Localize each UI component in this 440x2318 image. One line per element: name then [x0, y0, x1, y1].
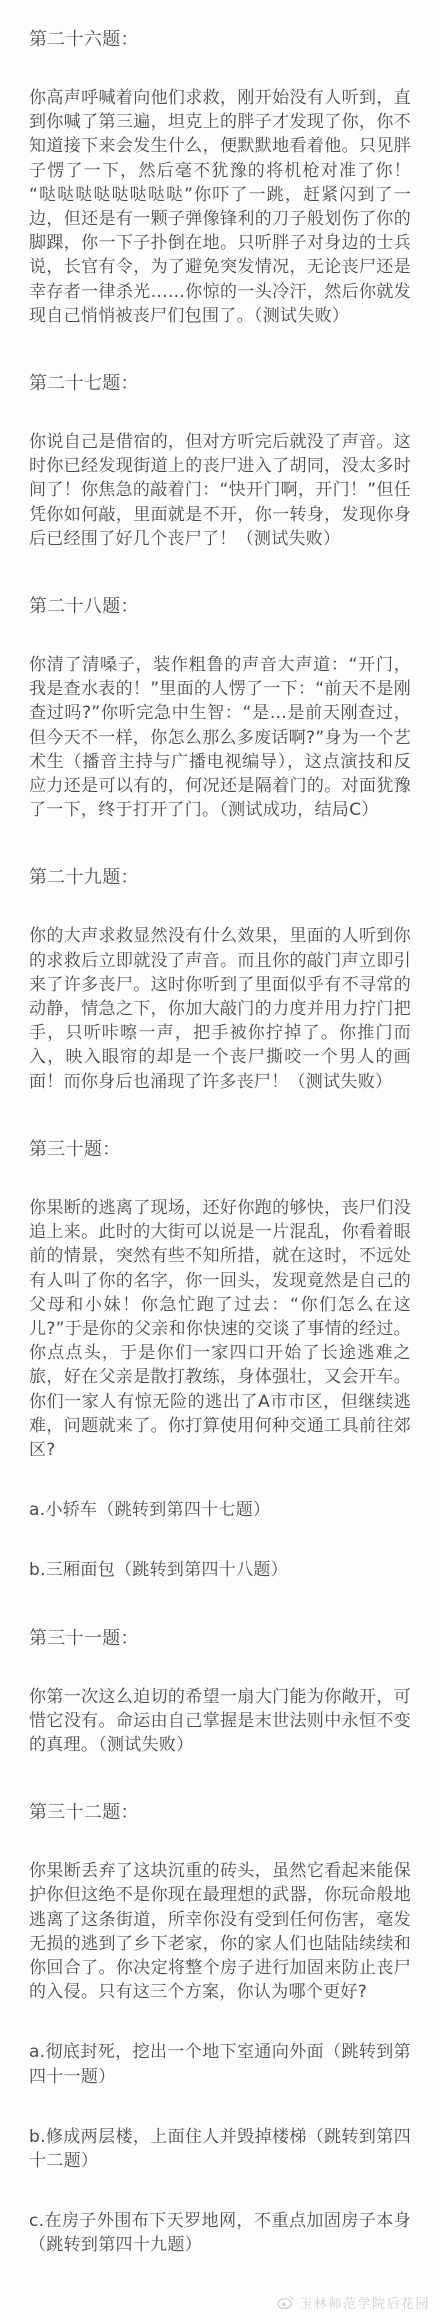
answer-option: b.修成两层楼，上面住人并毁掉楼梯（跳转到第四十二题）: [29, 2125, 411, 2173]
question-title: 第二十八题：: [29, 595, 411, 619]
question-body: 你果断丢弃了这块沉重的砖头，虽然它看起来能保护你但这绝不是你现在最理想的武器，你…: [29, 1859, 411, 2004]
question-title: 第二十九题：: [29, 866, 411, 890]
question-section: 第二十八题： 你清了清嗓子，装作粗鲁的声音大声道：“开门，我是查水表的！”里面的…: [29, 595, 411, 822]
answer-option: b.三厢面包（跳转到第四十八题）: [29, 1558, 411, 1582]
question-body: 你的大声求救显然没有什么效果，里面的人听到你的求救后立即就没了声音。而且你的敲门…: [29, 924, 411, 1093]
question-list: 第二十六题： 你高声呼喊着向他们求救，刚开始没有人听到，直到你喊了第三遍，坦克上…: [29, 28, 411, 2258]
question-body: 你说自己是借宿的，但对方听完后就没了声音。这时你已经发现街道上的丧尸进入了胡同，…: [29, 430, 411, 551]
question-body: 你第一次这么迫切的希望一扇大门能为你敞开，可惜它没有。命运由自己掌握是末世法则中…: [29, 1685, 411, 1758]
question-title: 第三十题：: [29, 1138, 411, 1162]
answer-option: a.彻底封死，挖出一个地下室通向外面（跳转到第四十一题）: [29, 2040, 411, 2088]
question-body: 你高声呼喊着向他们求救，刚开始没有人听到，直到你喊了第三遍，坦克上的胖子才发现了…: [29, 86, 411, 328]
question-body: 你清了清嗓子，装作粗鲁的声音大声道：“开门，我是查水表的！”里面的人愣了一下：“…: [29, 653, 411, 822]
question-body: 你果断的逃离了现场，还好你跑的够快，丧尸们没追上来。此时的大街可以说是一片混乱，…: [29, 1196, 411, 1462]
question-section: 第三十题： 你果断的逃离了现场，还好你跑的够快，丧尸们没追上来。此时的大街可以说…: [29, 1138, 411, 1583]
question-title: 第二十六题：: [29, 28, 411, 52]
question-title: 第二十七题：: [29, 372, 411, 396]
answer-option: a.小轿车（跳转到第四十七题）: [29, 1498, 411, 1522]
question-title: 第三十一题：: [29, 1627, 411, 1651]
answer-option: c.在房子外围布下天罗地网，不重点加固房子本身（跳转到第四十九题）: [29, 2209, 411, 2257]
question-section: 第三十一题： 你第一次这么迫切的希望一扇大门能为你敞开，可惜它没有。命运由自己掌…: [29, 1627, 411, 1758]
answer-options: a.彻底封死，挖出一个地下室通向外面（跳转到第四十一题）b.修成两层楼，上面住人…: [29, 2040, 411, 2257]
question-section: 第二十九题： 你的大声求救显然没有什么效果，里面的人听到你的求救后立即就没了声音…: [29, 866, 411, 1093]
question-section: 第二十七题： 你说自己是借宿的，但对方听完后就没了声音。这时你已经发现街道上的丧…: [29, 372, 411, 551]
question-section: 第二十六题： 你高声呼喊着向他们求救，刚开始没有人听到，直到你喊了第三遍，坦克上…: [29, 28, 411, 328]
watermark: 玉林师范学院后花园: [277, 2293, 430, 2312]
answer-options: a.小轿车（跳转到第四十七题）b.三厢面包（跳转到第四十八题）: [29, 1498, 411, 1582]
document-page: 第二十六题： 你高声呼喊着向他们求救，刚开始没有人听到，直到你喊了第三遍，坦克上…: [0, 0, 440, 2318]
watermark-text: 玉林师范学院后花园: [299, 2293, 430, 2312]
question-section: 第三十二题： 你果断丢弃了这块沉重的砖头，虽然它看起来能保护你但这绝不是你现在最…: [29, 1801, 411, 2257]
question-title: 第三十二题：: [29, 1801, 411, 1825]
weibo-logo-icon: [277, 2295, 294, 2310]
